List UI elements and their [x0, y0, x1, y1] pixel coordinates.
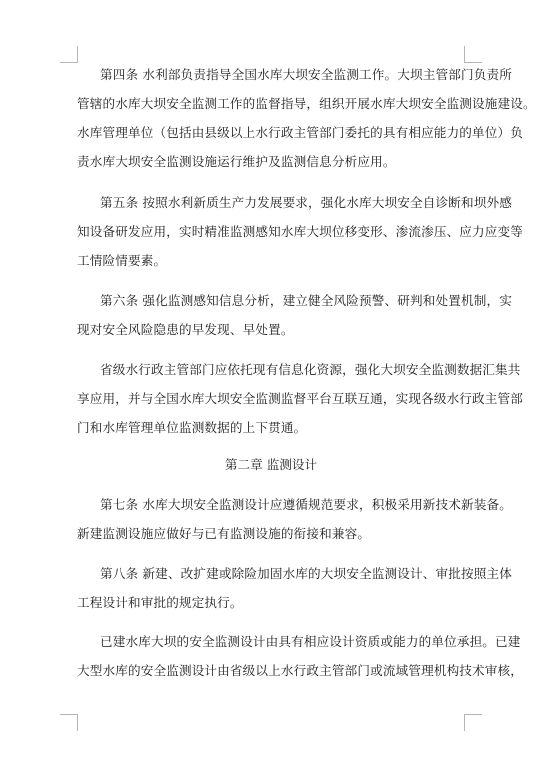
article-5-line-3: 工情险情要素。 — [77, 253, 467, 269]
margin-corner-top-left — [60, 46, 78, 63]
chapter-heading: 第二章 监测设计 — [0, 457, 542, 473]
article-4-line-2: 管辖的水库大坝安全监测工作的监督指导，组织开展水库大坝安全监测设施建设。 — [77, 96, 467, 112]
article-7-line-1: 第七条 水库大坝安全监测设计应遵循规范要求，积极采用新技术新装备。 — [100, 497, 467, 513]
article-7-line-2: 新建监测设施应做好与已有监测设施的衔接和兼容。 — [77, 526, 467, 542]
margin-corner-bottom-left — [60, 714, 78, 731]
article-6b-line-2: 享应用，并与全国水库大坝安全监测监督平台互联互通，实现各级水行政主管部 — [77, 391, 467, 407]
article-4-line-3: 水库管理单位（包括由县级以上水行政主管部门委托的具有相应能力的单位）负 — [77, 125, 467, 141]
margin-corner-top-right — [464, 46, 482, 63]
article-6-line-1: 第六条 强化监测感知信息分析，建立健全风险预警、研判和处置机制，实 — [100, 293, 467, 309]
margin-corner-bottom-right — [464, 714, 482, 731]
article-6b-line-3: 门和水库管理单位监测数据的上下贯通。 — [77, 420, 467, 436]
article-4-line-1: 第四条 水利部负责指导全国水库大坝安全监测工作。大坝主管部门负责所 — [100, 67, 467, 83]
article-5-line-1: 第五条 按照水利新质生产力发展要求，强化水库大坝安全自诊断和坝外感 — [100, 195, 467, 211]
article-6-line-2: 现对安全风险隐患的早发现、早处置。 — [77, 322, 467, 338]
article-6b-line-1: 省级水行政主管部门应依托现有信息化资源，强化大坝安全监测数据汇集共 — [100, 362, 467, 378]
document-page: 第四条 水利部负责指导全国水库大坝安全监测工作。大坝主管部门负责所 管辖的水库大… — [0, 0, 542, 781]
article-5-line-2: 知设备研发应用，实时精准监测感知水库大坝位移变形、渗流渗压、应力应变等 — [77, 224, 467, 240]
article-8-line-1: 第八条 新建、改扩建或除险加固水库的大坝安全监测设计、审批按照主体 — [100, 566, 467, 582]
article-4-line-4: 责水库大坝安全监测设施运行维护及监测信息分析应用。 — [77, 154, 467, 170]
article-8-line-2: 工程设计和审批的规定执行。 — [77, 595, 467, 611]
article-8b-line-2: 大型水库的安全监测设计由省级以上水行政主管部门或流域管理机构技术审核， — [77, 663, 467, 679]
article-8b-line-1: 已建水库大坝的安全监测设计由具有相应设计资质或能力的单位承担。已建 — [100, 634, 467, 650]
